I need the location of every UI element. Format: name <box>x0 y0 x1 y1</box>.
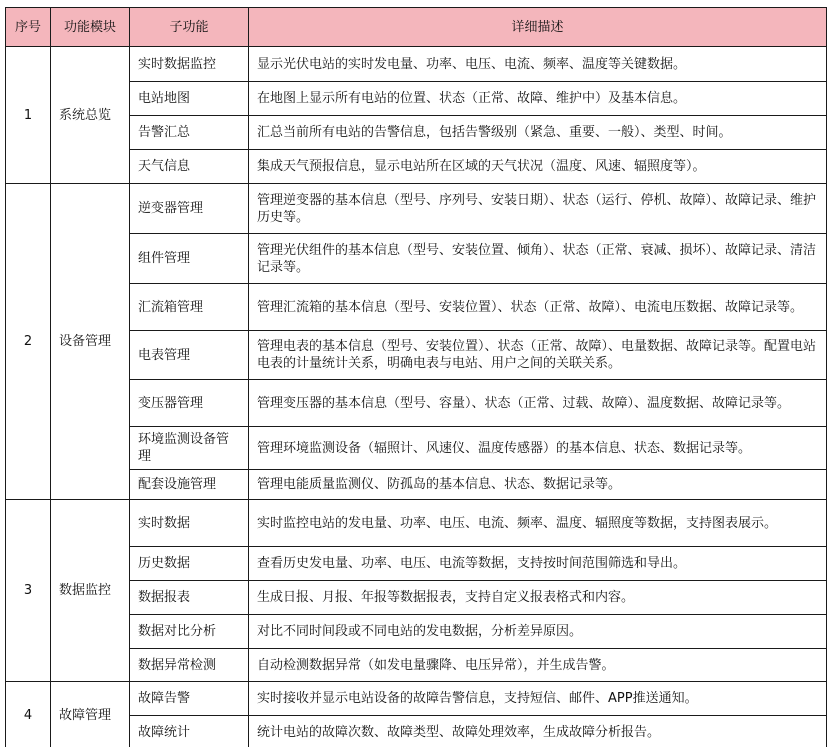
header-sub: 子功能 <box>130 8 249 47</box>
description: 统计电站的故障次数、故障类型、故障处理效率，生成故障分析报告。 <box>249 716 827 747</box>
description: 查看历史发电量、功率、电压、电流等数据，支持按时间范围筛选和导出。 <box>249 547 827 581</box>
description: 显示光伏电站的实时发电量、功率、电压、电流、频率、温度等关键数据。 <box>249 47 827 82</box>
function-spec-table: 序号 功能模块 子功能 详细描述 1 系统总览 实时数据监控 显示光伏电站的实时… <box>5 7 827 747</box>
group-number: 1 <box>6 47 51 184</box>
table-row: 数据对比分析 对比不同时间段或不同电站的发电数据，分析差异原因。 <box>6 615 827 649</box>
table-row: 3 数据监控 实时数据 实时监控电站的发电量、功率、电压、电流、频率、温度、辐照… <box>6 500 827 547</box>
header-no: 序号 <box>6 8 51 47</box>
table-row: 4 故障管理 故障告警 实时接收并显示电站设备的故障告警信息，支持短信、邮件、A… <box>6 682 827 716</box>
module-name: 故障管理 <box>51 682 130 747</box>
header-desc: 详细描述 <box>249 8 827 47</box>
header-module: 功能模块 <box>51 8 130 47</box>
table-row: 汇流箱管理 管理汇流箱的基本信息（型号、安装位置）、状态（正常、故障）、电流电压… <box>6 284 827 331</box>
description: 管理变压器的基本信息（型号、容量）、状态（正常、过载、故障）、温度数据、故障记录… <box>249 380 827 427</box>
table-row: 电表管理 管理电表的基本信息（型号、安装位置）、状态（正常、故障）、电量数据、故… <box>6 331 827 380</box>
sub-function: 故障统计 <box>130 716 249 747</box>
group-number: 2 <box>6 184 51 500</box>
sub-function: 组件管理 <box>130 234 249 284</box>
description: 管理电能质量监测仪、防孤岛的基本信息、状态、数据记录等。 <box>249 470 827 500</box>
sub-function: 配套设施管理 <box>130 470 249 500</box>
table-row: 变压器管理 管理变压器的基本信息（型号、容量）、状态（正常、过载、故障）、温度数… <box>6 380 827 427</box>
table-row: 配套设施管理 管理电能质量监测仪、防孤岛的基本信息、状态、数据记录等。 <box>6 470 827 500</box>
description: 管理汇流箱的基本信息（型号、安装位置）、状态（正常、故障）、电流电压数据、故障记… <box>249 284 827 331</box>
table-row: 数据异常检测 自动检测数据异常（如发电量骤降、电压异常），并生成告警。 <box>6 649 827 682</box>
table-row: 2 设备管理 逆变器管理 管理逆变器的基本信息（型号、序列号、安装日期）、状态（… <box>6 184 827 234</box>
sub-function: 数据异常检测 <box>130 649 249 682</box>
description: 汇总当前所有电站的告警信息，包括告警级别（紧急、重要、一般）、类型、时间。 <box>249 116 827 150</box>
group-number: 4 <box>6 682 51 747</box>
group-number: 3 <box>6 500 51 682</box>
module-name: 系统总览 <box>51 47 130 184</box>
table-row: 天气信息 集成天气预报信息，显示电站所在区域的天气状况（温度、风速、辐照度等）。 <box>6 150 827 184</box>
table-row: 告警汇总 汇总当前所有电站的告警信息，包括告警级别（紧急、重要、一般）、类型、时… <box>6 116 827 150</box>
header-row: 序号 功能模块 子功能 详细描述 <box>6 8 827 47</box>
table-row: 电站地图 在地图上显示所有电站的位置、状态（正常、故障、维护中）及基本信息。 <box>6 82 827 116</box>
description: 生成日报、月报、年报等数据报表，支持自定义报表格式和内容。 <box>249 581 827 615</box>
description: 在地图上显示所有电站的位置、状态（正常、故障、维护中）及基本信息。 <box>249 82 827 116</box>
sub-function: 告警汇总 <box>130 116 249 150</box>
sub-function: 实时数据监控 <box>130 47 249 82</box>
sub-function: 电站地图 <box>130 82 249 116</box>
description: 集成天气预报信息，显示电站所在区域的天气状况（温度、风速、辐照度等）。 <box>249 150 827 184</box>
description: 管理环境监测设备（辐照计、风速仪、温度传感器）的基本信息、状态、数据记录等。 <box>249 427 827 470</box>
sub-function: 电表管理 <box>130 331 249 380</box>
table-row: 故障统计 统计电站的故障次数、故障类型、故障处理效率，生成故障分析报告。 <box>6 716 827 747</box>
sub-function: 故障告警 <box>130 682 249 716</box>
description: 管理电表的基本信息（型号、安装位置）、状态（正常、故障）、电量数据、故障记录等。… <box>249 331 827 380</box>
sub-function: 天气信息 <box>130 150 249 184</box>
sub-function: 汇流箱管理 <box>130 284 249 331</box>
table-row: 环境监测设备管理 管理环境监测设备（辐照计、风速仪、温度传感器）的基本信息、状态… <box>6 427 827 470</box>
sub-function: 历史数据 <box>130 547 249 581</box>
description: 管理光伏组件的基本信息（型号、安装位置、倾角）、状态（正常、衰减、损坏）、故障记… <box>249 234 827 284</box>
description: 对比不同时间段或不同电站的发电数据，分析差异原因。 <box>249 615 827 649</box>
sub-function: 变压器管理 <box>130 380 249 427</box>
sub-function: 环境监测设备管理 <box>130 427 249 470</box>
module-name: 设备管理 <box>51 184 130 500</box>
description: 实时监控电站的发电量、功率、电压、电流、频率、温度、辐照度等数据，支持图表展示。 <box>249 500 827 547</box>
description: 实时接收并显示电站设备的故障告警信息，支持短信、邮件、APP推送通知。 <box>249 682 827 716</box>
sub-function: 实时数据 <box>130 500 249 547</box>
sub-function: 数据对比分析 <box>130 615 249 649</box>
module-name: 数据监控 <box>51 500 130 682</box>
description: 自动检测数据异常（如发电量骤降、电压异常），并生成告警。 <box>249 649 827 682</box>
table-row: 1 系统总览 实时数据监控 显示光伏电站的实时发电量、功率、电压、电流、频率、温… <box>6 47 827 82</box>
description: 管理逆变器的基本信息（型号、序列号、安装日期）、状态（运行、停机、故障）、故障记… <box>249 184 827 234</box>
sub-function: 逆变器管理 <box>130 184 249 234</box>
table-row: 组件管理 管理光伏组件的基本信息（型号、安装位置、倾角）、状态（正常、衰减、损坏… <box>6 234 827 284</box>
table-row: 数据报表 生成日报、月报、年报等数据报表，支持自定义报表格式和内容。 <box>6 581 827 615</box>
sub-function: 数据报表 <box>130 581 249 615</box>
table-row: 历史数据 查看历史发电量、功率、电压、电流等数据，支持按时间范围筛选和导出。 <box>6 547 827 581</box>
